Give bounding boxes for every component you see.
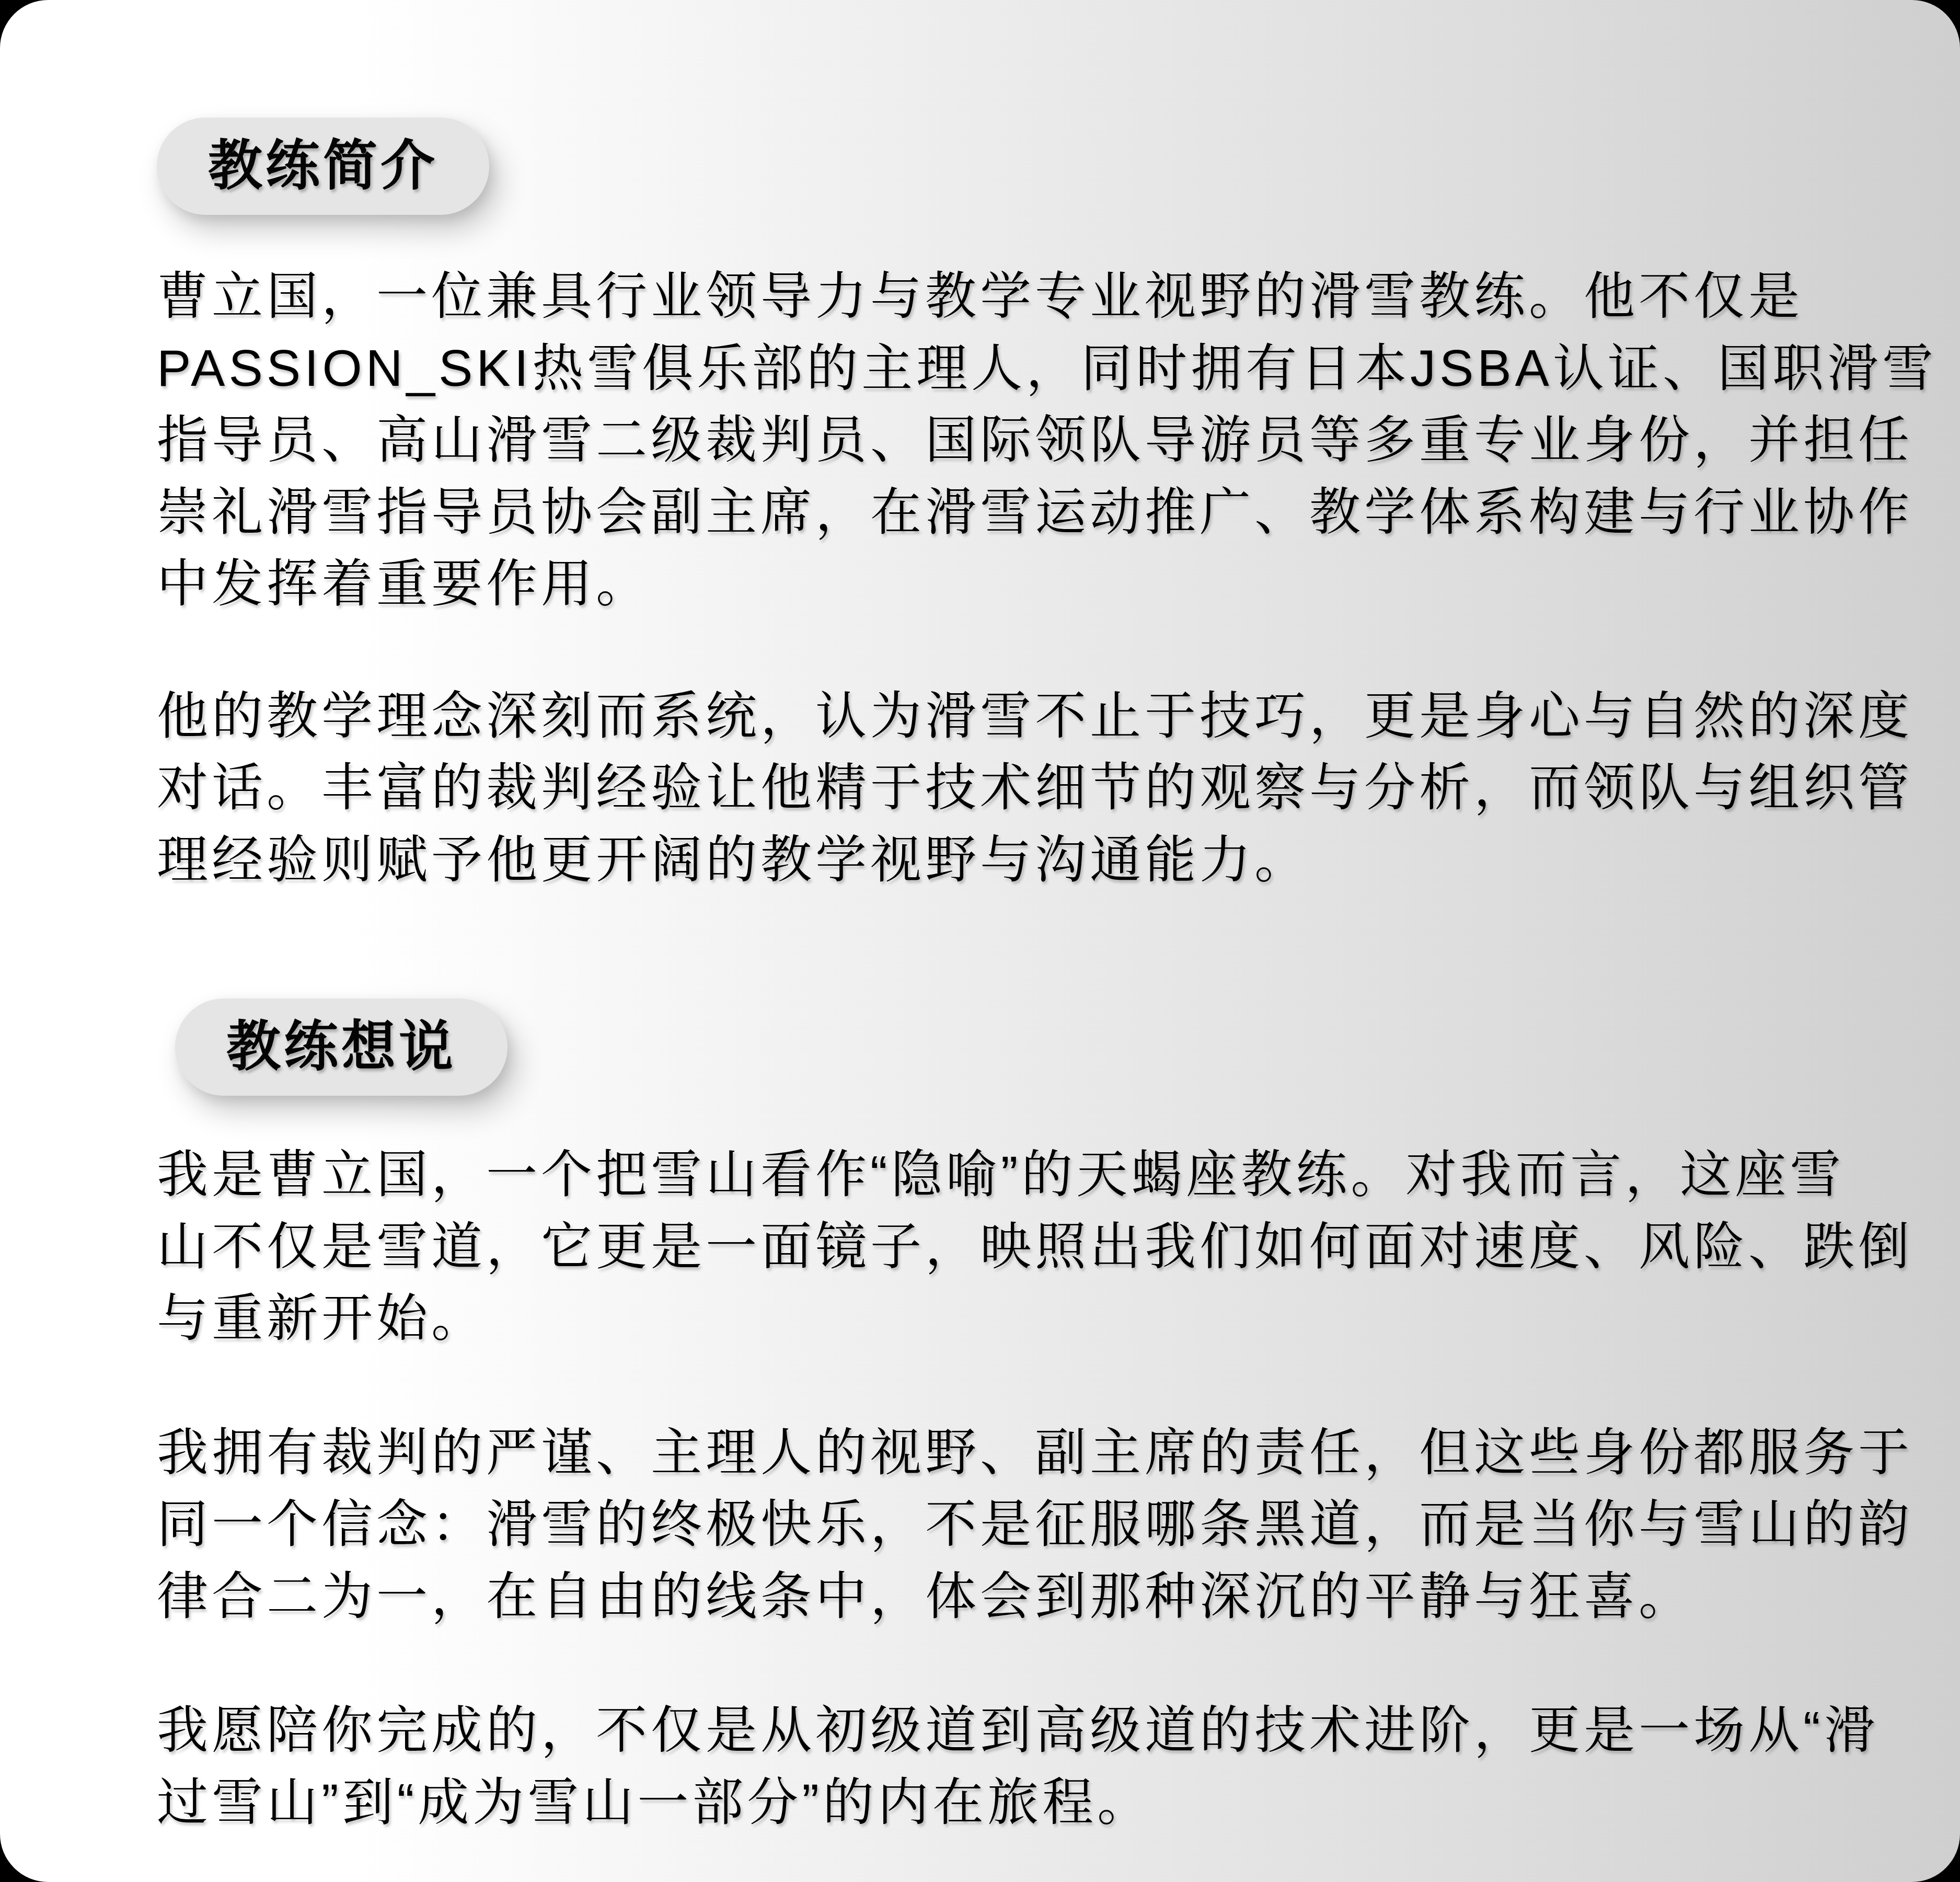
body-line: 曹立国，一位兼具行业领导力与教学专业视野的滑雪教练。他不仅是: [157, 260, 1808, 332]
body-line: 他的教学理念深刻而系统，认为滑雪不止于技巧，更是身心与自然的深度: [157, 680, 1808, 752]
body-line: 山不仅是雪道，它更是一面镜子，映照出我们如何面对速度、风险、跌倒: [157, 1211, 1808, 1283]
body-line: 与重新开始。: [157, 1282, 1808, 1355]
body-line: PASSION_SKI热雪俱乐部的主理人，同时拥有日本JSBA认证、国职滑雪: [157, 332, 1808, 405]
paragraph: 他的教学理念深刻而系统，认为滑雪不止于技巧，更是身心与自然的深度 对话。丰富的裁…: [157, 680, 1808, 896]
body-line: 过雪山”到“成为雪山一部分”的内在旅程。: [157, 1766, 1808, 1839]
body-line: 理经验则赋予他更开阔的教学视野与沟通能力。: [157, 824, 1808, 896]
body-line: 我是曹立国，一个把雪山看作“隐喻”的天蝎座教练。对我而言，这座雪: [157, 1139, 1808, 1211]
section-badge-coach-intro: 教练简介: [157, 118, 489, 215]
body-line: 同一个信念：滑雪的终极快乐，不是征服哪条黑道，而是当你与雪山的韵: [157, 1488, 1808, 1560]
body-line: 指导员、高山滑雪二级裁判员、国际领队导游员等多重专业身份，并担任: [157, 404, 1808, 476]
paragraph: 我愿陪你完成的，不仅是从初级道到高级道的技术进阶，更是一场从“滑 过雪山”到“成…: [157, 1694, 1808, 1838]
body-line: 崇礼滑雪指导员协会副主席，在滑雪运动推广、教学体系构建与行业协作: [157, 476, 1808, 548]
section-coach-intro: 教练简介 曹立国，一位兼具行业领导力与教学专业视野的滑雪教练。他不仅是 PASS…: [157, 118, 1808, 896]
body-line: 律合二为一，在自由的线条中，体会到那种深沉的平静与狂喜。: [157, 1560, 1808, 1633]
body-line: 对话。丰富的裁判经验让他精于技术细节的观察与分析，而领队与组织管: [157, 752, 1808, 824]
paragraph: 我是曹立国，一个把雪山看作“隐喻”的天蝎座教练。对我而言，这座雪 山不仅是雪道，…: [157, 1139, 1808, 1355]
body-line: 我愿陪你完成的，不仅是从初级道到高级道的技术进阶，更是一场从“滑: [157, 1694, 1808, 1766]
paragraph: 曹立国，一位兼具行业领导力与教学专业视野的滑雪教练。他不仅是 PASSION_S…: [157, 260, 1808, 620]
card-content: 教练简介 曹立国，一位兼具行业领导力与教学专业视野的滑雪教练。他不仅是 PASS…: [0, 0, 1960, 1869]
section-coach-message: 教练想说 我是曹立国，一个把雪山看作“隐喻”的天蝎座教练。对我而言，这座雪 山不…: [157, 896, 1808, 1838]
poster-canvas: 教练简介 曹立国，一位兼具行业领导力与教学专业视野的滑雪教练。他不仅是 PASS…: [0, 0, 1960, 1882]
coach-profile-card: 教练简介 曹立国，一位兼具行业领导力与教学专业视野的滑雪教练。他不仅是 PASS…: [0, 0, 1960, 1882]
paragraph: 我拥有裁判的严谨、主理人的视野、副主席的责任，但这些身份都服务于 同一个信念：滑…: [157, 1417, 1808, 1633]
body-line: 中发挥着重要作用。: [157, 548, 1808, 620]
section-badge-coach-message: 教练想说: [175, 999, 508, 1096]
body-line: 我拥有裁判的严谨、主理人的视野、副主席的责任，但这些身份都服务于: [157, 1417, 1808, 1489]
